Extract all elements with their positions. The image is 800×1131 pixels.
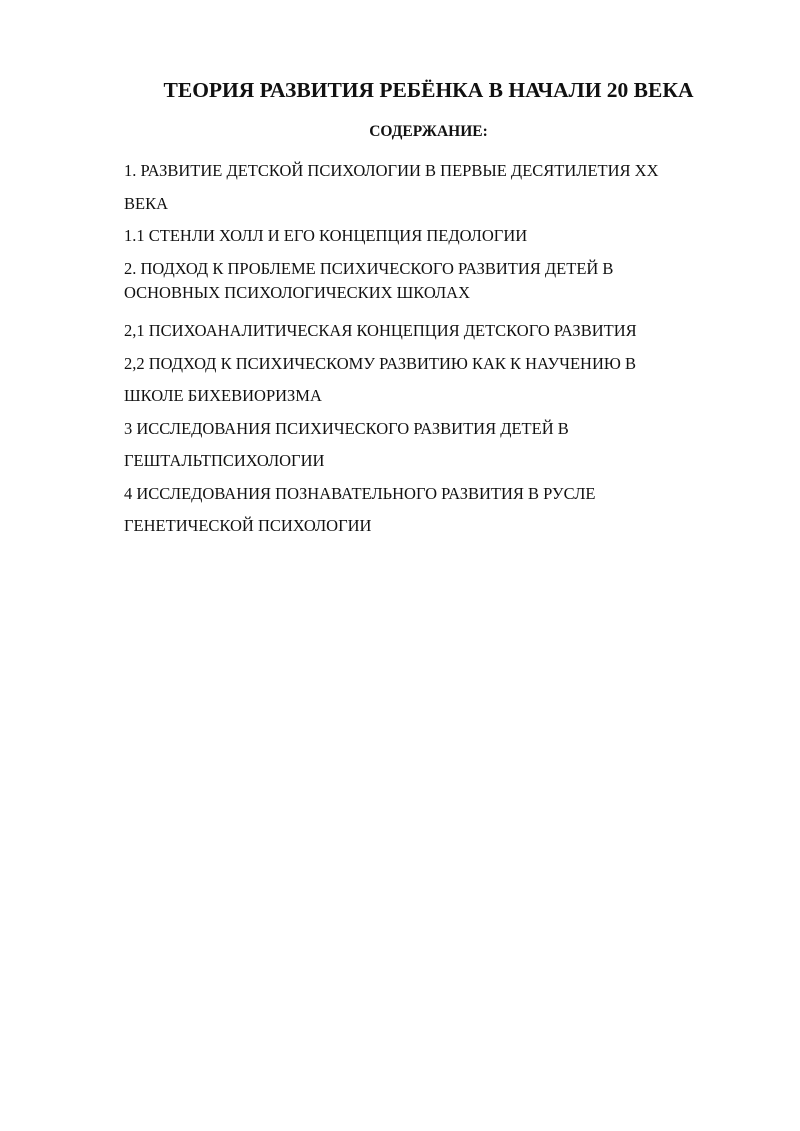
toc-entry-1-line-2: ВЕКА: [124, 193, 168, 215]
toc-entry-3-line-2: ГЕШТАЛЬТПСИХОЛОГИИ: [124, 450, 324, 472]
toc-entry-4-line-2: ГЕНЕТИЧЕСКОЙ ПСИХОЛОГИИ: [124, 515, 371, 537]
toc-entry-1-1: 1.1 СТЕНЛИ ХОЛЛ И ЕГО КОНЦЕПЦИЯ ПЕДОЛОГИ…: [124, 225, 527, 247]
toc-entry-2-2-line-2: ШКОЛЕ БИХЕВИОРИЗМА: [124, 385, 322, 407]
toc-entry-4-line-1: 4 ИССЛЕДОВАНИЯ ПОЗНАВАТЕЛЬНОГО РАЗВИТИЯ …: [124, 483, 595, 505]
contents-heading: СОДЕРЖАНИЕ:: [0, 121, 800, 143]
toc-entry-1-line-1: 1. РАЗВИТИЕ ДЕТСКОЙ ПСИХОЛОГИИ В ПЕРВЫЕ …: [124, 160, 659, 182]
toc-entry-2-2-line-1: 2,2 ПОДХОД К ПСИХИЧЕСКОМУ РАЗВИТИЮ КАК К…: [124, 353, 636, 375]
toc-entry-2-line-2: ОСНОВНЫХ ПСИХОЛОГИЧЕСКИХ ШКОЛАХ: [124, 282, 470, 304]
toc-entry-2-1: 2,1 ПСИХОАНАЛИТИЧЕСКАЯ КОНЦЕПЦИЯ ДЕТСКОГ…: [124, 320, 637, 342]
document-title: ТЕОРИЯ РАЗВИТИЯ РЕБЁНКА В НАЧАЛИ 20 ВЕКА: [0, 76, 800, 104]
toc-entry-3-line-1: 3 ИССЛЕДОВАНИЯ ПСИХИЧЕСКОГО РАЗВИТИЯ ДЕТ…: [124, 418, 569, 440]
toc-entry-2-line-1: 2. ПОДХОД К ПРОБЛЕМЕ ПСИХИЧЕСКОГО РАЗВИТ…: [124, 258, 613, 280]
document-page: ТЕОРИЯ РАЗВИТИЯ РЕБЁНКА В НАЧАЛИ 20 ВЕКА…: [0, 0, 800, 1131]
